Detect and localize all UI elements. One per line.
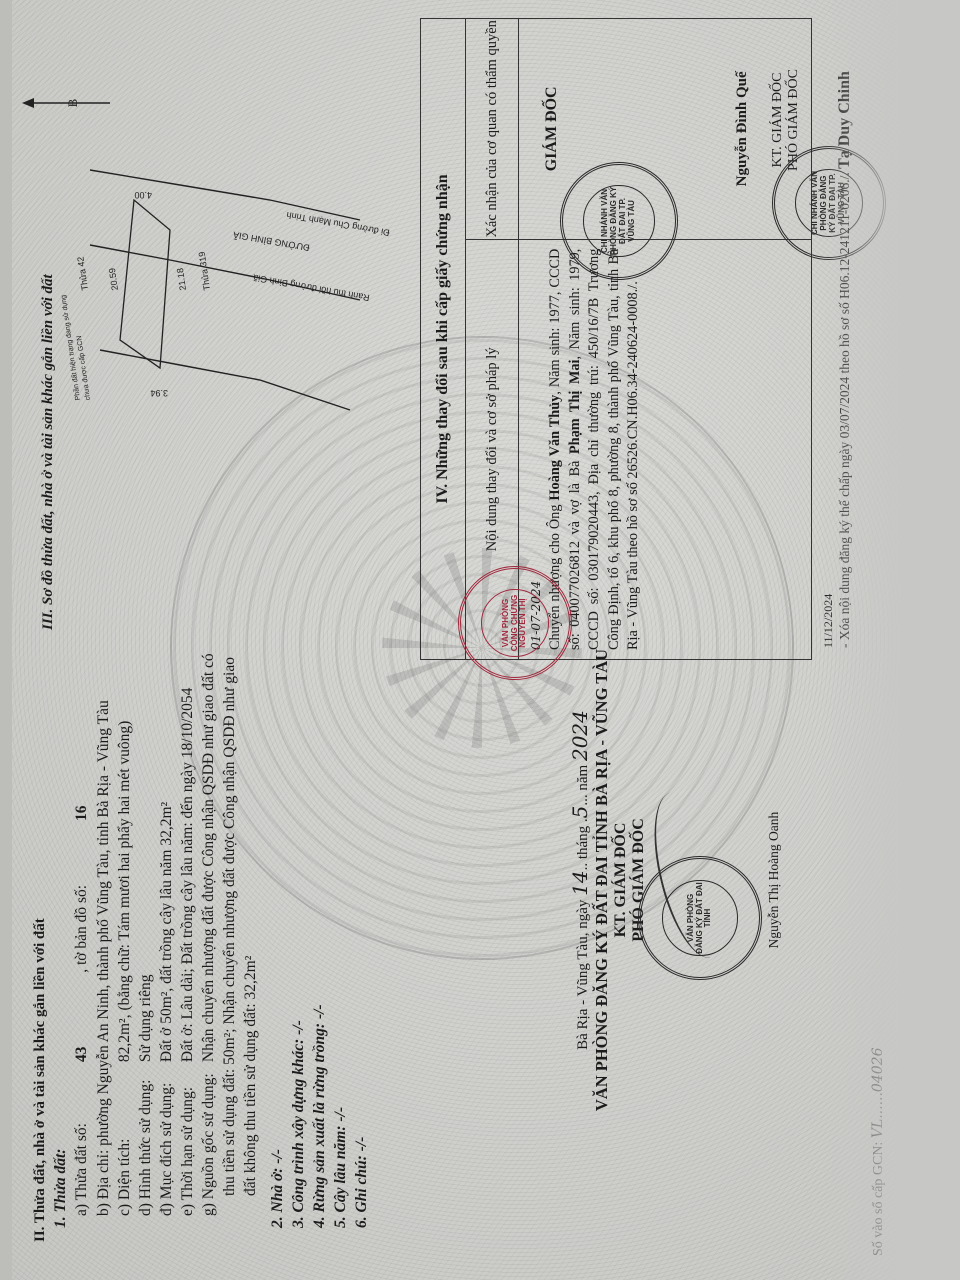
notary-red-seal: VĂN PHÒNG CÔNG CHỨNG NGUYỄN THỊ bbox=[458, 566, 572, 680]
usage-form-row: d) Hình thức sử dụng: Sử dụng riêng bbox=[135, 642, 156, 1216]
official-seal-branch-1: CHI NHÁNH VĂN PHÒNG ĐĂNG KÝ ĐẤT ĐAI TP. … bbox=[560, 162, 678, 280]
table-header-row: Nội dung thay đổi và cơ sở pháp lý Xác n… bbox=[466, 19, 519, 659]
buyer-2: Phạm Thị Mai bbox=[567, 360, 583, 455]
issue-month: 5 bbox=[568, 806, 592, 819]
section-ii-heading: II. Thửa đất, nhà ở và tài sản khác gắn … bbox=[30, 642, 50, 1242]
issue-date-line: Bà Rịa - Vũng Tàu, ngày 14.. tháng .5...… bbox=[568, 620, 592, 1140]
table-row: 01-07-2024 Chuyển nhượng cho Ông Hoàng V… bbox=[519, 19, 811, 659]
svg-text:Thửa 319: Thửa 319 bbox=[197, 251, 212, 291]
item-notes: 6. Ghi chú: -/- bbox=[351, 642, 372, 1228]
confirm-name: Nguyễn Đình Quế bbox=[734, 19, 751, 239]
section-iii-heading: III. Sơ đồ thửa đất, nhà ở và tài sản kh… bbox=[40, 274, 57, 630]
usage-term-row: e) Thời hạn sử dụng: Đất ở: Lâu dài; Đất… bbox=[177, 642, 198, 1216]
usage-purpose-value: Đất ở 50m², đất trồng cây lâu năm 32,2m² bbox=[158, 802, 175, 1062]
area-value: 82,2m², (bằng chữ: Tám mươi hai phẩy hai… bbox=[116, 721, 133, 1062]
parcel-number: 43 bbox=[73, 1047, 90, 1063]
issue-day: 14 bbox=[568, 870, 592, 895]
svg-text:4.00: 4.00 bbox=[134, 190, 152, 200]
svg-text:Thửa 42: Thửa 42 bbox=[75, 256, 90, 291]
signer-name: Nguyễn Thị Hoàng Oanh bbox=[766, 620, 782, 1140]
land-certificate-page: II. Thửa đất, nhà ở và tài sản khác gắn … bbox=[0, 0, 960, 1280]
parcel-diagram: 4.003.9420.5921.18Thửa 42Thửa 319Phần đấ… bbox=[60, 80, 460, 640]
svg-text:21.18: 21.18 bbox=[175, 267, 188, 291]
page-margin bbox=[820, 0, 960, 1280]
address-row: b) Địa chỉ: phường Nguyễn An Ninh, thành… bbox=[93, 642, 114, 1216]
parcel-subheading: 1. Thửa đất: bbox=[50, 642, 71, 1228]
item-house: 2. Nhà ở: -/- bbox=[267, 642, 288, 1228]
usage-term-value: Đất ở: Lâu dài; Đất trồng cây lâu năm: đ… bbox=[179, 688, 196, 1063]
item-other-construction: 3. Công trình xây dựng khác: -/- bbox=[288, 642, 309, 1228]
parcel-number-row: a) Thửa đất số: 43 , tờ bản đồ số: 16 bbox=[71, 642, 92, 1216]
svg-text:Ranh thu hồi đường Bình Giã: Ranh thu hồi đường Bình Giã bbox=[252, 273, 370, 303]
usage-origin-cont-1: thu tiền sử dụng đất: 50m²; Nhận chuyển … bbox=[219, 642, 240, 1196]
section-iv-heading: IV. Những thay đổi sau khi cấp giấy chứn… bbox=[421, 19, 466, 659]
usage-purpose-row: đ) Mục đích sử dụng: Đất ở 50m², đất trồ… bbox=[156, 642, 177, 1216]
issuing-office: VĂN PHÒNG ĐĂNG KÝ ĐẤT ĐAI TỈNH BÀ RỊA - … bbox=[592, 620, 612, 1140]
item-plantation-forest: 4. Rừng sản xuất là rừng trồng: -/- bbox=[309, 642, 330, 1228]
usage-origin-row: g) Nguồn gốc sử dụng: Nhận chuyển nhượng… bbox=[198, 642, 219, 1216]
page-edge bbox=[0, 0, 12, 1280]
map-sheet-number: 16 bbox=[73, 806, 90, 822]
usage-origin-value: Nhận chuyển nhượng đất được Công nhận QS… bbox=[200, 653, 217, 1062]
svg-text:ĐƯỜNG BÌNH GIÃ: ĐƯỜNG BÌNH GIÃ bbox=[232, 230, 310, 253]
issue-year: 2024 bbox=[568, 710, 592, 761]
svg-text:20.59: 20.59 bbox=[107, 267, 120, 291]
usage-origin-cont-2: đất không thu tiền sử dụng đất: 32,2m² bbox=[240, 642, 261, 1196]
confirm-role: GIÁM ĐỐC bbox=[543, 19, 561, 239]
signer-role-1: KT. GIÁM ĐỐC bbox=[612, 620, 630, 1140]
col-header-confirm: Xác nhận của cơ quan có thẩm quyền bbox=[466, 19, 518, 239]
area-row: c) Diện tích: 82,2m², (bằng chữ: Tám mươ… bbox=[114, 642, 135, 1216]
section-ii-land-parcel: II. Thửa đất, nhà ở và tài sản khác gắn … bbox=[30, 642, 373, 1242]
buyer-1: Hoàng Văn Thủy bbox=[547, 395, 563, 501]
section-iv-changes-table: IV. Những thay đổi sau khi cấp giấy chứn… bbox=[420, 18, 812, 660]
usage-form-value: Sử dụng riêng bbox=[137, 975, 154, 1063]
item-perennial-trees: 5. Cây lâu năm: -/- bbox=[330, 642, 351, 1228]
address-value: phường Nguyễn An Ninh, thành phố Vũng Tà… bbox=[95, 700, 112, 1146]
svg-text:Đi đường Chu Mạnh Trinh: Đi đường Chu Mạnh Trinh bbox=[286, 210, 391, 238]
svg-text:3.94: 3.94 bbox=[150, 388, 168, 398]
signer-role-2: PHÓ GIÁM ĐỐC bbox=[630, 620, 648, 1140]
